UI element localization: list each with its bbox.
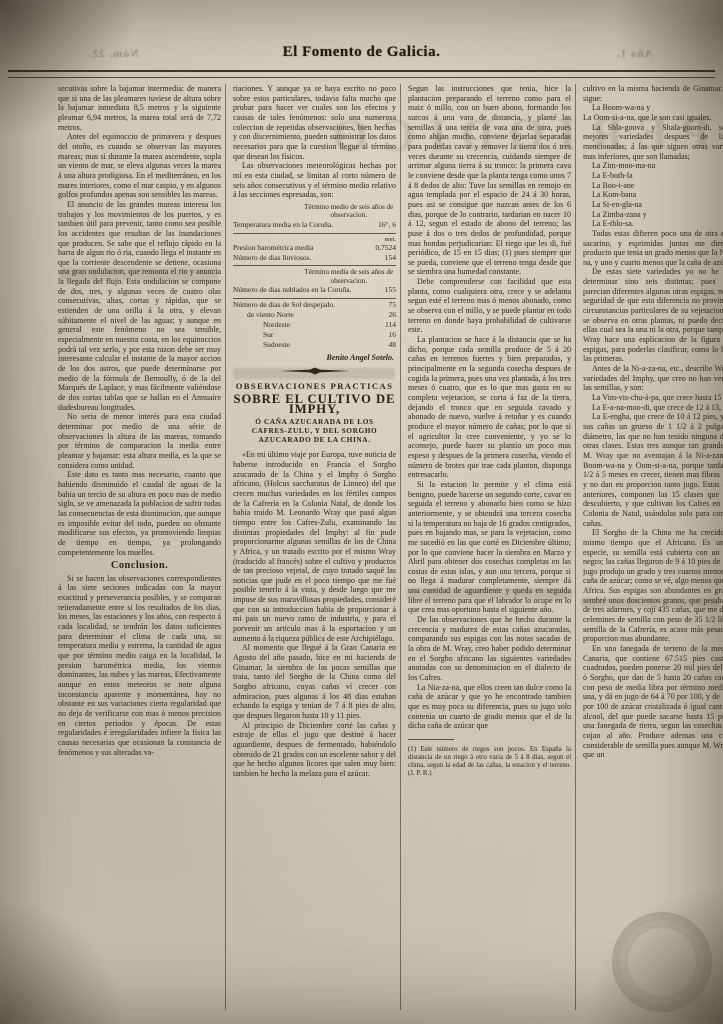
table-row-value: 26 [389, 311, 397, 320]
list-line: La Kom-bana [583, 190, 723, 200]
table-rule [233, 233, 396, 234]
list-line: La Si-en-gla-na [583, 200, 723, 210]
paragraph: Todas estas difieren poco una de otra en… [583, 229, 723, 268]
table-rule [233, 298, 396, 299]
column-2: riaciones. Y aunque ya se haya escrito n… [233, 84, 396, 1016]
table-column-header: Término medio de seis años de observacio… [301, 203, 396, 220]
column-2-intro: riaciones. Y aunque ya se haya escrito n… [233, 84, 396, 200]
table-row: de viento Norte26 [233, 311, 396, 320]
table-row-label: Número de dias nublados en la Coruña. [233, 286, 385, 295]
list-line: La Boo-i-ane [583, 181, 723, 191]
paragraph: No seria de menor interés para esta ciud… [58, 412, 221, 470]
list-line: La Zimba-zana y [583, 210, 723, 220]
table-row-label: Número de dias lluviosos. [233, 254, 385, 263]
article-kicker: OBSERVACIONES PRACTICAS [233, 382, 396, 392]
table-row-value: 48 [389, 341, 397, 350]
paragraph: Antes de la Ni-a-za-na, etc., describe W… [583, 364, 723, 393]
paragraph: En una fanegada de terreno de la medida … [583, 644, 723, 760]
list-line: La Boom-wa-na y [583, 103, 723, 113]
paragraph: Debe comprenderse con facilidad que esta… [408, 277, 571, 335]
table-row-label: Nordeste [233, 321, 385, 330]
paragraph: La Vim-vis-chu-á-pa, que crece hasta 15 … [583, 393, 723, 403]
table-row-value: 0,7524 [375, 244, 396, 253]
footnote-rule [408, 739, 454, 740]
paragraph: La plantacion se hace á la distancia que… [408, 335, 571, 480]
paragraph: Al momento que llegué á la Gran Canaria … [233, 643, 396, 720]
section-subhead: Conclusion. [58, 561, 221, 571]
list-line: La Zim-moo-ma-na [583, 161, 723, 171]
bleedthrough-year-number: Año 1. [616, 48, 653, 60]
table-row: Número de dias de Sol despejado.75 [233, 301, 396, 310]
column-1: secutivas sobre la bajamar intermedia: d… [58, 84, 221, 1016]
list-line: La E-both-la [583, 171, 723, 181]
paragraph: De estas siete variedades yo no he podid… [583, 267, 723, 364]
paragraph: Segun las instrucciones que tenia, hice … [408, 84, 571, 277]
paragraph: De las observaciones que he hecho durant… [408, 615, 571, 683]
paragraph: La Nia-za-na, que ellos creen tan dulce … [408, 683, 571, 731]
column-4: cultivo en la misma hacienda de Ginamar.… [583, 84, 723, 1016]
ink-smudge [60, 268, 218, 281]
ink-smudge [581, 598, 719, 608]
table-row-label: Presion barométrica media [233, 244, 375, 253]
paragraph: Si se hacen las observaciones correspond… [58, 574, 221, 757]
paragraph: La Shla-goova y Shala-goom-di, son las m… [583, 123, 723, 162]
masthead-rule [8, 70, 715, 78]
table-row-label: Sudoeste [233, 341, 389, 350]
library-seal-stamp [612, 912, 712, 1012]
paragraph: La E-engha, que crece de 10 á 12 pies, y… [583, 412, 723, 528]
paragraph: El Sorgho de la China me ha crecido en e… [583, 528, 723, 644]
table-row-value: 75 [389, 301, 397, 310]
table-row: Número de dias lluviosos.154 [233, 254, 396, 263]
table-row-value: 155 [385, 286, 396, 295]
paragraph: riaciones. Y aunque ya se haya escrito n… [233, 84, 396, 161]
table-rule [233, 265, 396, 266]
footnote: (1) Este número de riegos son pocos. En … [408, 746, 571, 778]
table-row-value: 16°, 6 [378, 221, 396, 230]
table-row: Nordeste114 [233, 321, 396, 330]
paragraph: «En mi último viaje por Europa, tuve not… [233, 450, 396, 643]
observations-table: Término medio de seis años de observacio… [233, 203, 396, 350]
ink-smudge [233, 368, 395, 379]
paragraph: El anuncio de las grandes mareas interes… [58, 200, 221, 412]
paragraph: La Oom-si-a-na, que le son casi iguales. [583, 113, 723, 123]
paragraph: cultivo en la misma hacienda de Ginamar.… [583, 84, 723, 103]
column-3: Segun las instrucciones que tenia, hice … [408, 84, 571, 1016]
column-rule-2 [400, 84, 401, 1010]
table-row-label: de viento Norte [233, 311, 389, 320]
paragraph: La E-a-na-moo-di, que crece de 12 á 13, … [583, 403, 723, 413]
table-row-value: 16 [389, 331, 397, 340]
column-3-body: Segun las instrucciones que tenia, hice … [408, 84, 571, 731]
column-2-body: «En mi último viaje por Europa, tuve not… [233, 450, 396, 778]
paragraph: Al principio de Diciembre corté las caña… [233, 721, 396, 779]
table-row-value: 154 [385, 254, 396, 263]
paragraph: Las observaciones meteorológicas hechas … [233, 161, 396, 200]
table-row-label: Sur [233, 331, 389, 340]
paragraph: secutivas sobre la bajamar intermedia: d… [58, 84, 221, 132]
table-row: Presion barométrica media0,7524 [233, 244, 396, 253]
newspaper-page: Núm. 22. El Fomento de Galicia. Año 1. P… [0, 0, 723, 1024]
paragraph: Este dato es tanto mas necesario, cuanto… [58, 470, 221, 557]
paragraph: Antes del equinoccio de primavera y desp… [58, 132, 221, 200]
table-row: Número de dias nublados en la Coruña.155 [233, 286, 396, 295]
table-row-label: Número de dias de Sol despejado. [233, 301, 389, 310]
column-rule-1 [225, 84, 226, 1010]
ink-smudge [407, 588, 572, 599]
signature: Benito Angel Sotelo. [233, 353, 394, 363]
table-row: Sur16 [233, 331, 396, 340]
table-row-value: 114 [385, 321, 396, 330]
table-row: Sudoeste48 [233, 341, 396, 350]
article-subtitle: Ó CAÑA AZUCARADA DE LOS CAFRES-ZULU, Y D… [237, 417, 392, 444]
table-unit-label: met. [233, 236, 396, 243]
newspaper-title: El Fomento de Galicia. [0, 44, 723, 61]
list-line: La E-thlo-sa. [583, 219, 723, 229]
table-row: Temperatura media en la Coruña.16°, 6 [233, 221, 396, 230]
masthead: Núm. 22. El Fomento de Galicia. Año 1. [0, 40, 723, 66]
column-rule-3 [575, 84, 576, 1010]
table-row-label: Temperatura media en la Coruña. [233, 221, 378, 230]
table-column-header: Término media de seis años de observacio… [301, 268, 396, 285]
article-title: SOBRE EL CULTIVO DE IMPHY, [233, 395, 396, 414]
